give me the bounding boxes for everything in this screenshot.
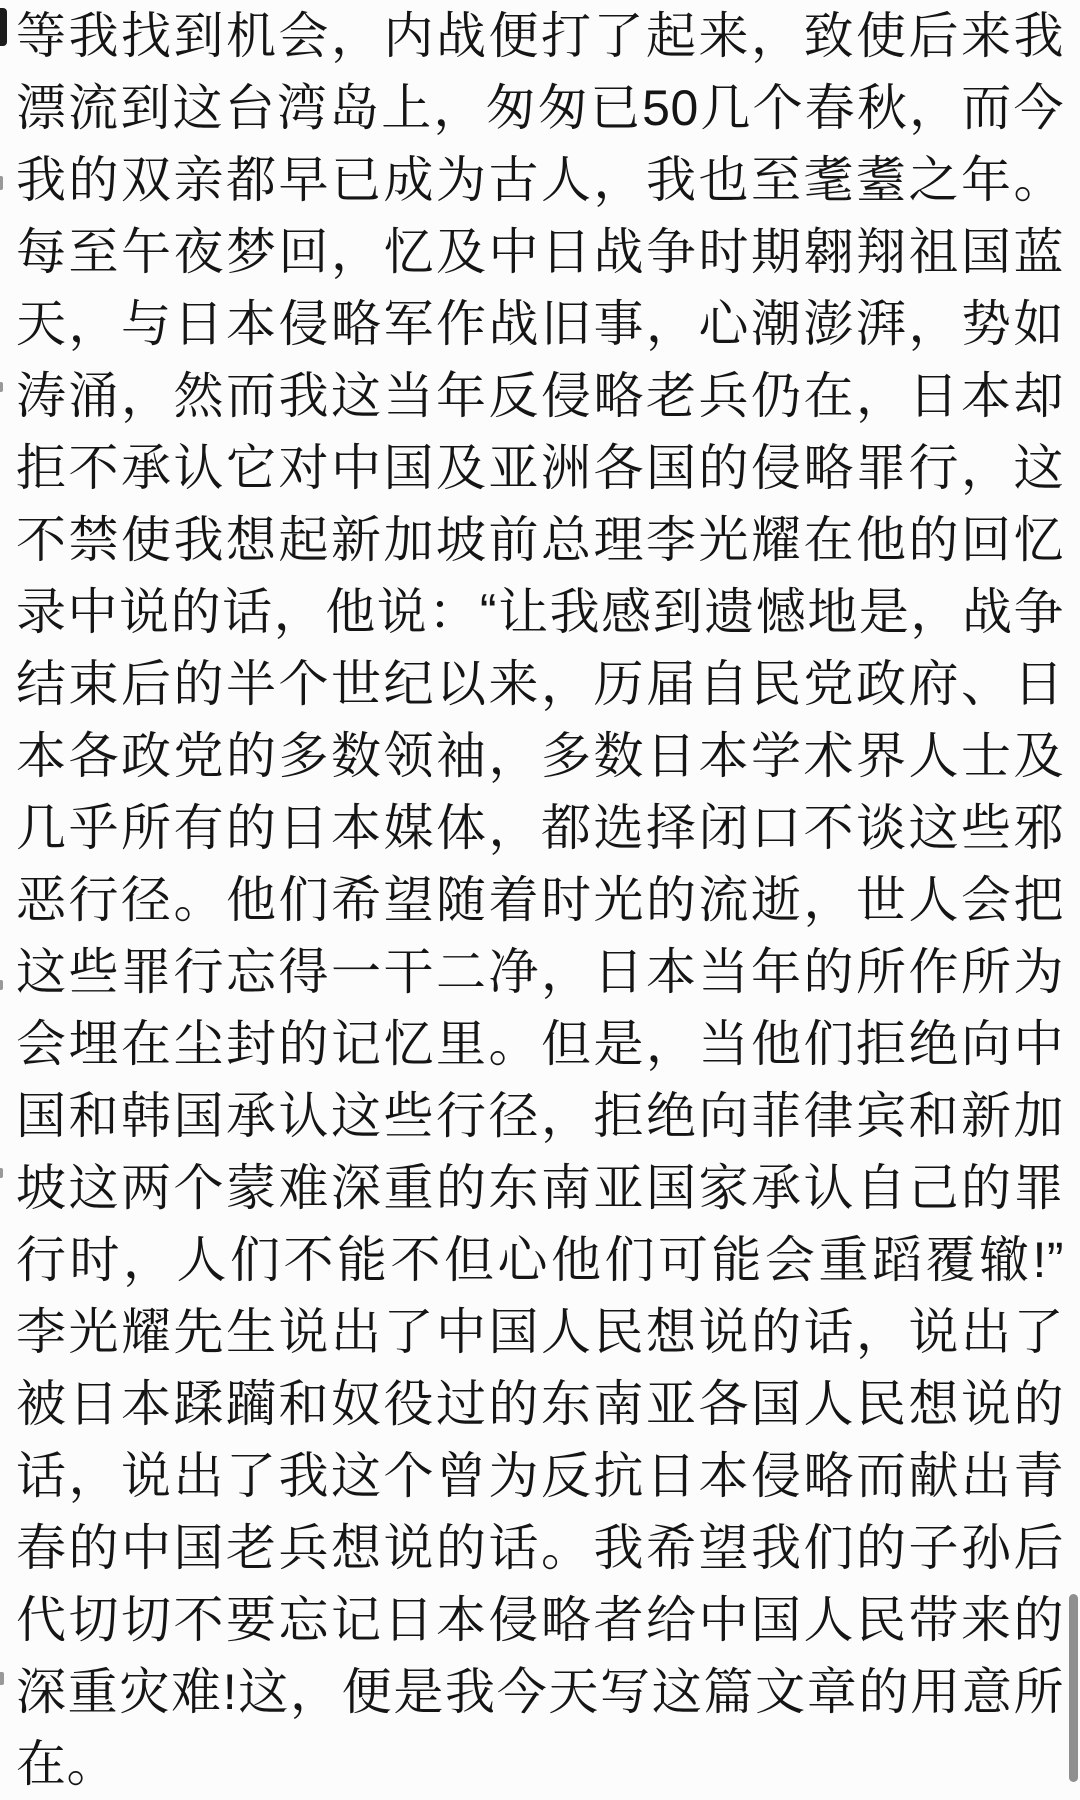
text-line: 被日本蹂躏和奴役过的东南亚各国人民想说的 (16, 1368, 1064, 1440)
text-block: 等我找到机会，内战便打了起来，致使后来我 漂流到这台湾岛上，匆匆已50几个春秋，… (0, 0, 1080, 1800)
text-line: 行时，人们不能不但心他们可能会重蹈覆辙!” (16, 1224, 1064, 1296)
text-line: 拒不承认它对中国及亚洲各国的侵略罪行，这 (16, 432, 1064, 504)
text-line: 会埋在尘封的记忆里。但是，当他们拒绝向中 (16, 1008, 1064, 1080)
scan-artifact (0, 1168, 3, 1178)
text-line: 我的双亲都早已成为古人，我也至耄耋之年。 (16, 144, 1064, 216)
text-line: 结束后的半个世纪以来，历届自民党政府、日 (16, 648, 1064, 720)
text-line: 几乎所有的日本媒体，都选择闭口不谈这些邪 (16, 792, 1064, 864)
scan-artifact (0, 176, 3, 190)
text-line: 每至午夜梦回，忆及中日战争时期翱翔祖国蓝 (16, 216, 1064, 288)
scrollbar-thumb[interactable] (1069, 1594, 1078, 1782)
text-line: 漂流到这台湾岛上，匆匆已50几个春秋，而今 (16, 72, 1064, 144)
scan-artifact-top-left (0, 8, 7, 46)
scan-artifact (0, 382, 3, 392)
text-line: 录中说的话，他说：“让我感到遗憾地是，战争 (16, 576, 1064, 648)
text-line: 本各政党的多数领袖，多数日本学术界人士及 (16, 720, 1064, 792)
text-line: 等我找到机会，内战便打了起来，致使后来我 (16, 0, 1064, 72)
scan-artifact (0, 980, 3, 990)
text-line: 坡这两个蒙难深重的东南亚国家承认自己的罪 (16, 1152, 1064, 1224)
text-line: 春的中国老兵想说的话。我希望我们的子孙后 (16, 1512, 1064, 1584)
text-line: 不禁使我想起新加坡前总理李光耀在他的回忆 (16, 504, 1064, 576)
text-line: 话，说出了我这个曾为反抗日本侵略而献出青 (16, 1440, 1064, 1512)
text-line: 在。 (16, 1728, 1064, 1800)
text-line: 深重灾难!这，便是我今天写这篇文章的用意所 (16, 1656, 1064, 1728)
text-line: 国和韩国承认这些行径，拒绝向菲律宾和新加 (16, 1080, 1064, 1152)
text-line: 李光耀先生说出了中国人民想说的话，说出了 (16, 1296, 1064, 1368)
text-line: 这些罪行忘得一干二净，日本当年的所作所为 (16, 936, 1064, 1008)
text-line: 涛涌，然而我这当年反侵略老兵仍在，日本却 (16, 360, 1064, 432)
text-line: 恶行径。他们希望随着时光的流逝，世人会把 (16, 864, 1064, 936)
document-page: 等我找到机会，内战便打了起来，致使后来我 漂流到这台湾岛上，匆匆已50几个春秋，… (0, 0, 1080, 1800)
text-line: 代切切不要忘记日本侵略者给中国人民带来的 (16, 1584, 1064, 1656)
text-line: 天，与日本侵略军作战旧事，心潮澎湃，势如 (16, 288, 1064, 360)
scan-artifact (0, 1672, 4, 1685)
